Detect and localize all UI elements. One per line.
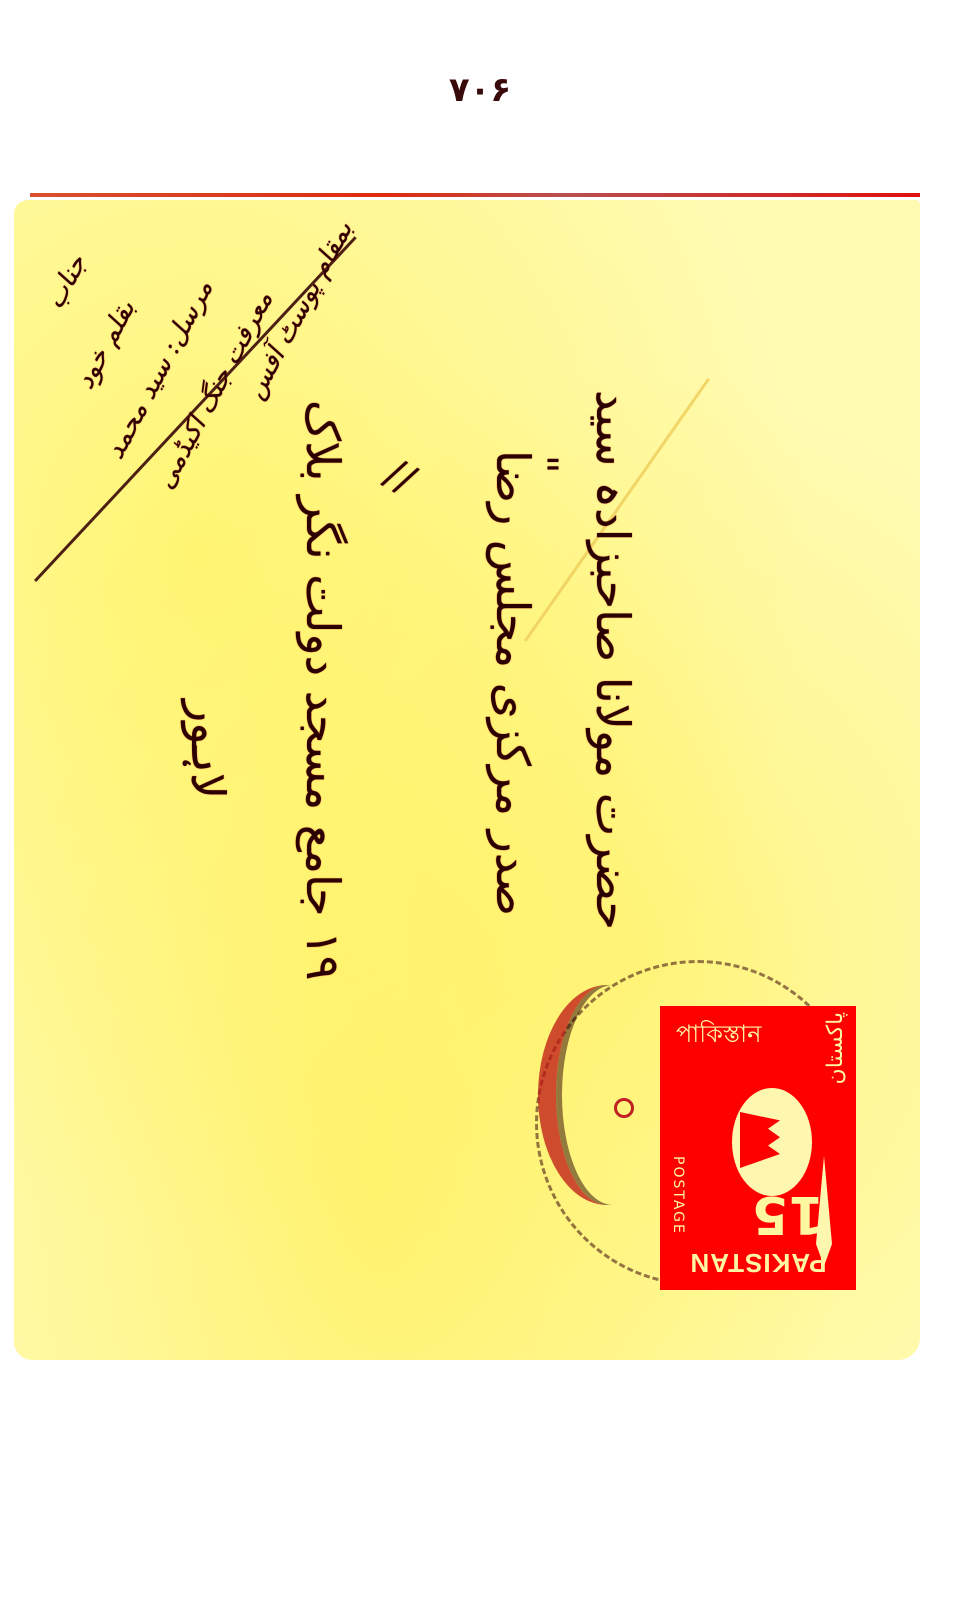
- envelope-top-edge: [30, 193, 920, 197]
- stamp-country-english: PAKISTAN: [660, 1247, 856, 1278]
- address-line: صدر مرکزی مجلس رضا: [486, 450, 540, 916]
- quote-mark: ": [519, 455, 565, 473]
- postmark-arc: [538, 985, 676, 1205]
- postmark-center: [614, 1098, 634, 1118]
- page-number: ۷۰۶: [0, 70, 960, 110]
- stamp-emblem-icon: [732, 1088, 812, 1196]
- address-line: لاہور: [181, 700, 235, 799]
- address-line: ۱۹ جامع مسجد دولت نگر بلاک: [296, 400, 350, 981]
- address-line: حضرت مولانا صاحبزادہ سید: [586, 390, 640, 930]
- postage-stamp: পাকিস্তান پاکستان POSTAGE 15 PAKISTAN: [660, 1006, 856, 1290]
- stamp-value: 15: [752, 1184, 824, 1244]
- stamp-country-bengali: পাকিস্তান: [676, 1016, 761, 1056]
- stamp-postage-label: POSTAGE: [670, 1156, 686, 1235]
- stamp-country-urdu: پاکستان: [823, 1012, 848, 1084]
